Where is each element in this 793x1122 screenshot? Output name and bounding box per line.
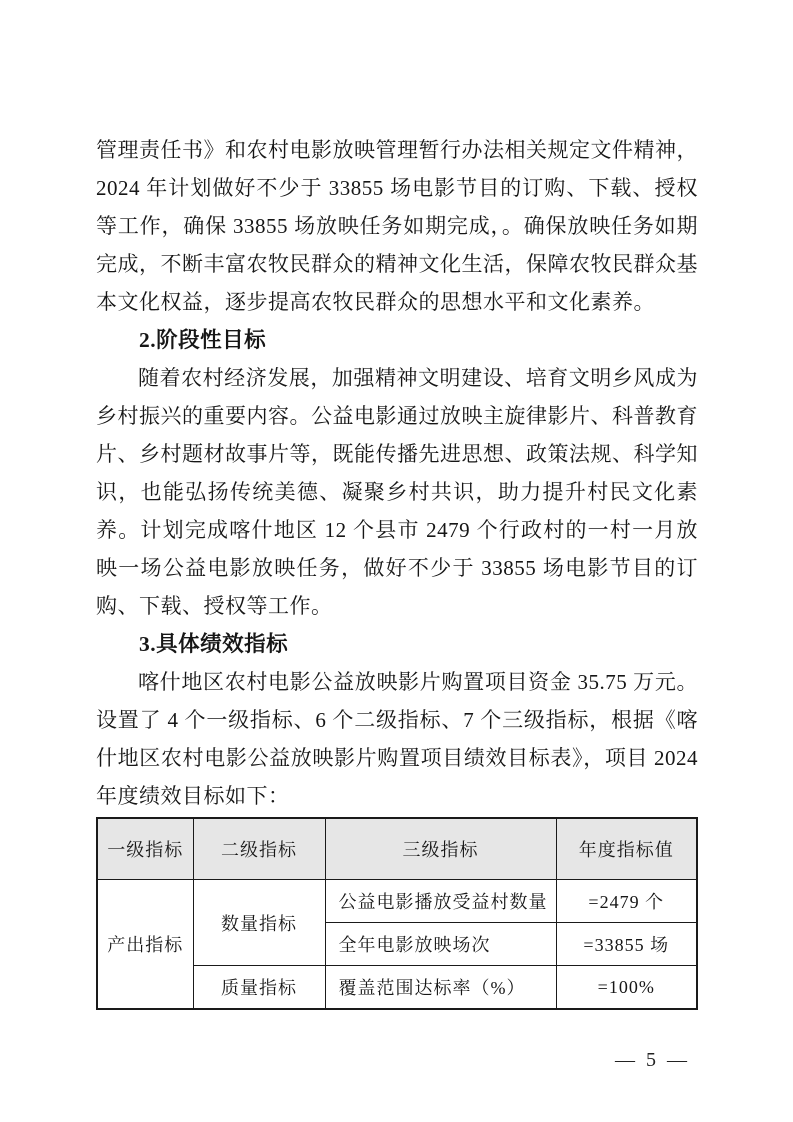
cell-level2-quality-indicator: 质量指标 [193, 966, 325, 1010]
header-level1-indicator: 一级指标 [97, 818, 193, 880]
table-row: 产出指标 数量指标 公益电影播放受益村数量 =2479 个 [97, 880, 697, 923]
header-level3-indicator: 三级指标 [325, 818, 556, 880]
header-level2-indicator: 二级指标 [193, 818, 325, 880]
paragraph-continuation: 管理责任书》和农村电影放映管理暂行办法相关规定文件精神，2024 年计划做好不少… [96, 131, 698, 321]
cell-level2-quantity-indicator: 数量指标 [193, 880, 325, 966]
header-annual-target-value: 年度指标值 [556, 818, 697, 880]
cell-level3-coverage-rate: 覆盖范围达标率（%） [325, 966, 556, 1010]
cell-value-coverage-rate: =100% [556, 966, 697, 1010]
performance-indicator-table: 一级指标 二级指标 三级指标 年度指标值 产出指标 数量指标 公益电影播放受益村… [96, 817, 698, 1010]
section-heading-performance-indicators: 3.具体绩效指标 [96, 625, 698, 663]
section-heading-stage-goals: 2.阶段性目标 [96, 321, 698, 359]
table-header-row: 一级指标 二级指标 三级指标 年度指标值 [97, 818, 697, 880]
page-content: 管理责任书》和农村电影放映管理暂行办法相关规定文件精神，2024 年计划做好不少… [96, 0, 698, 1072]
cell-value-annual-screenings: =33855 场 [556, 923, 697, 966]
paragraph-performance-indicators: 喀什地区农村电影公益放映影片购置项目资金 35.75 万元。设置了 4 个一级指… [96, 663, 698, 815]
cell-value-benefit-villages: =2479 个 [556, 880, 697, 923]
cell-level3-benefit-villages: 公益电影播放受益村数量 [325, 880, 556, 923]
document-page: 管理责任书》和农村电影放映管理暂行办法相关规定文件精神，2024 年计划做好不少… [0, 0, 793, 1122]
paragraph-stage-goals: 随着农村经济发展，加强精神文明建设、培育文明乡风成为乡村振兴的重要内容。公益电影… [96, 359, 698, 625]
cell-level3-annual-screenings: 全年电影放映场次 [325, 923, 556, 966]
page-number: — 5 — [96, 1049, 698, 1072]
cell-level1-output-indicator: 产出指标 [97, 880, 193, 1010]
